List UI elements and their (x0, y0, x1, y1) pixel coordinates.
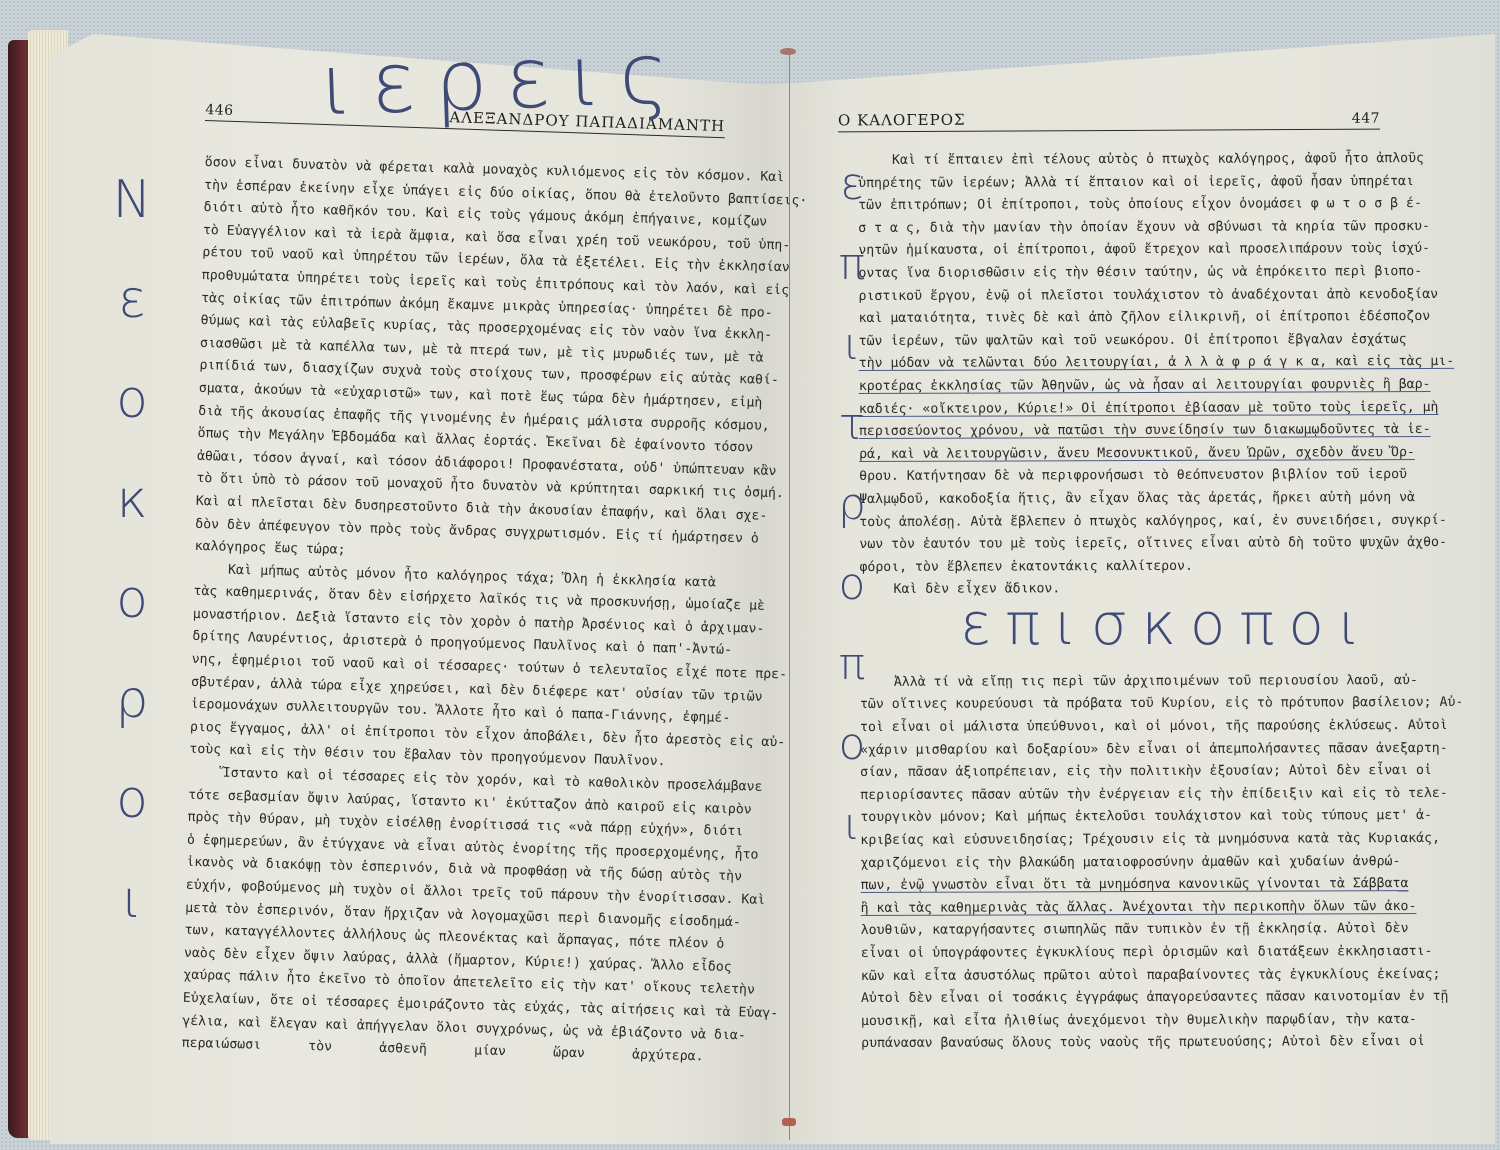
text-line: τουργικὸν μόνον; Καὶ μήπως ἐκτελοῦσι του… (860, 806, 1382, 830)
text-line: εἶναι οἱ ὑπογράφοντες ἐγκυκλίους περὶ ὁρ… (861, 941, 1383, 965)
text-line: ρά, καὶ νὰ λειτουργῶσιν, ἄνευ Μεσονυκτικ… (859, 442, 1381, 466)
spine-top (780, 48, 796, 55)
text-line: μουσικῇ, καὶ εἶτα ἠλιθίως ἀνεχόμενοι τὴν… (861, 1009, 1383, 1033)
handwritten-letter: ρ (115, 650, 148, 750)
text-line: καὶ ματαιότητα, τινὲς δὲ καὶ ἀπὸ ζῆλον ε… (859, 306, 1381, 330)
handwritten-letter: ι (843, 785, 860, 865)
handwritten-letter: κ (117, 450, 148, 550)
handwritten-note-top: ιερεις (318, 24, 688, 135)
handwritten-letter: ο (116, 350, 148, 450)
text-line: Ἀλλὰ τί νὰ εἴπῃ τις περὶ τῶν ἀρχιποιμένω… (860, 670, 1382, 694)
handwritten-note-mid: επισκοποι (960, 590, 1374, 658)
text-line: πων, ἐνῷ γνωστὸν εἶναι ὅτι τὰ μνημόσηνα … (861, 873, 1383, 897)
book-gutter (789, 50, 790, 1140)
text-line: κροτέρας ἐκκλησίας τῶν Ἀθηνῶν, ὡς νὰ ἦσα… (859, 374, 1381, 398)
left-page-text: ὅσον εἶναι δυνατὸν νὰ φέρεται καλὰ μοναχ… (181, 152, 726, 1069)
text-line: περισσεύοντος χρόνου, νὰ πατῶσι τὴν συνε… (859, 419, 1381, 443)
text-line: κριβείας καὶ εὐσυνειδησίας; Τρέχουσιν εἰ… (860, 828, 1382, 852)
handwritten-letter: ε (118, 250, 146, 350)
text-line: τῶν οἵτινες κουρεύουσι τὰ πρόβατα τοῦ Κυ… (860, 693, 1382, 717)
page-number: 446 (205, 102, 234, 119)
text-line: καδιές· «οἴκτειρον, Κύριε!» Οἱ ἐπίτροποι… (859, 397, 1381, 421)
text-line: τοὺς ἀπολέσῃ. Αὐτὰ ἔβλεπεν ὁ πτωχὸς καλό… (859, 510, 1381, 534)
handwritten-margin-left: Νεοκοροι (92, 150, 172, 950)
handwritten-letter: τ (839, 385, 866, 465)
handwritten-word: επισκοποι (960, 590, 1374, 658)
text-line: ἢ καὶ τὰς καθημερινὰς τὰς ἄλλας. Ἀνέχοντ… (861, 896, 1383, 920)
text-line: περιορίσαντες πᾶσαν αὐτῶν τὴν ἐνέργειαν … (860, 783, 1382, 807)
handwritten-letter: ο (839, 545, 866, 625)
handwritten-letter: ι (122, 850, 142, 950)
text-line: σίαν, πᾶσαν ἀξιοπρέπειαν, εἰς τὴν πολιτι… (860, 760, 1382, 784)
text-line: χαριζόμενοι εἰς τὴν βλακώδη ματαιοφροσύν… (860, 851, 1382, 875)
handwritten-letter: π (839, 225, 866, 305)
text-line: τοὶ εἶναι οἱ μάλιστα ὑπεύθυνοι, καὶ οἱ μ… (860, 715, 1382, 739)
text-line: κῶν καὶ εἶτα ἀσυστόλως πρῶτοι αὐτοὶ παρα… (861, 964, 1383, 988)
text-line: Ψαλμῳδοῦ, κακοδοξία ἥτις, ἂν εἶχαν ὅλας … (859, 487, 1381, 511)
text-line: νητῶν ἡμίκαυστα, οἱ ἐπίτροποι, ἀφοῦ ἔτρε… (858, 239, 1380, 263)
text-line: Καὶ τί ἔπταιεν ἐπὶ τέλους αὐτὸς ὁ πτωχὸς… (858, 148, 1380, 172)
handwritten-letter: ο (839, 705, 866, 785)
text-line: θρου. Κατήντησαν δὲ νὰ περιφρονήσωσι τὸ … (859, 464, 1381, 488)
spine-bottom (782, 1118, 796, 1126)
text-line: τῶν ἐπιτρόπων; Οἱ ἐπίτροποι, τοὺς ὁποίου… (858, 193, 1380, 217)
handwritten-letter: ο (116, 550, 148, 650)
text-line: Αὐτοὶ δὲν εἶναι οἱ τοσάκις ἐγγράφως ἀπαγ… (861, 986, 1383, 1010)
text-line: λουθιῶν, καταργήσαντες σιωπηλῶς πᾶν τυπι… (861, 919, 1383, 943)
handwritten-letter: π (839, 625, 866, 705)
handwritten-margin-right: επιτροποι (832, 145, 872, 865)
text-line: ριστικοῦ ἔργου, ἐνῷ οἱ πλεῖστοι τουλάχισ… (858, 284, 1380, 308)
text-line: τῶν ἱερέων, τῶν ψαλτῶν καὶ τοῦ νεωκόρου.… (859, 329, 1381, 353)
running-head: Ο ΚΑΛΟΓΕΡΟΣ (838, 111, 966, 130)
text-line: τὴν μόδαν νὰ τελῶνται δύο λειτουργίαι, ἀ… (859, 352, 1381, 376)
text-line: σ τ α ς, διὰ τὴν μανίαν τὴν ὁποίαν ἔχουν… (858, 216, 1380, 240)
handwritten-letter: ρ (838, 465, 866, 545)
handwritten-letter: ι (843, 305, 860, 385)
handwritten-letter: Ν (113, 150, 152, 250)
text-line: νων τὸν ἑαυτόν του μὲ τοὺς ἱερεῖς, οἵτιν… (859, 532, 1381, 556)
handwritten-letter: ε (840, 145, 864, 225)
text-line: «χάριν μισθαρίου καὶ δοξαρίου» δὲν εἶναι… (860, 738, 1382, 762)
handwritten-letter: ο (116, 750, 148, 850)
page-number: 447 (1352, 111, 1380, 127)
text-line: οντας ἵνα διορισθῶσιν εἰς τὴν θέσιν ταύτ… (858, 261, 1380, 285)
right-page-header: Ο ΚΑΛΟΓΕΡΟΣ 447 (838, 109, 1380, 133)
text-line: ὑπηρέτης τῶν ἱερέων; Ἀλλὰ τί ἔπταιον καὶ… (858, 171, 1380, 195)
text-line: φόροι, τὸν ἔβλεπεν ἑκατοντάκις καλλίτερο… (859, 555, 1381, 579)
text-line: ρυπάνασαν βαναύσως ὅλους τοὺς ναοὺς τῆς … (861, 1032, 1383, 1056)
